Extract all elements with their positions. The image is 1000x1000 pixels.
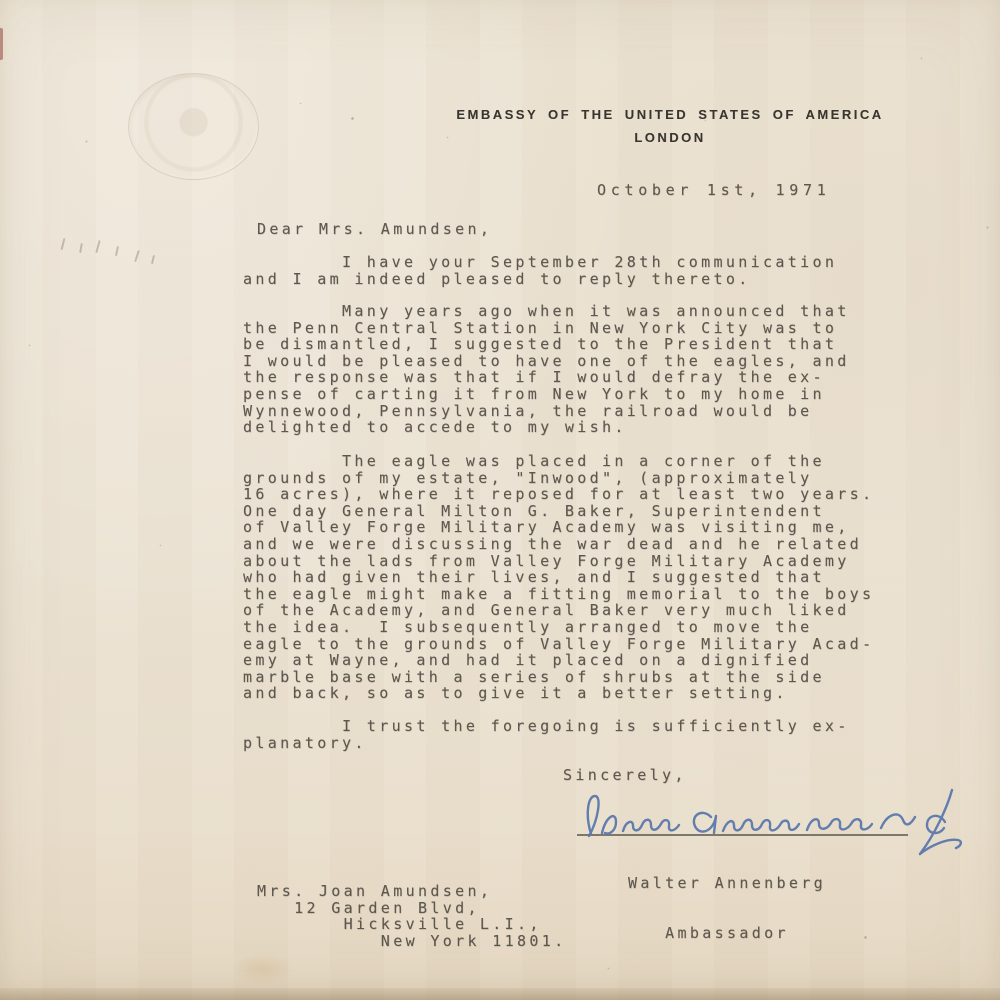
paragraph-3: The eagle was placed in a corner of the … (243, 453, 874, 702)
scan-edge-mark (0, 28, 3, 60)
salutation: Dear Mrs. Amundsen, (257, 221, 492, 238)
paper-specks (0, 0, 1, 1)
paper-stain (232, 953, 294, 985)
handwritten-signature (575, 784, 975, 866)
letterhead-line1: EMBASSY OF THE UNITED STATES OF AMERICA (430, 104, 910, 127)
letterhead-line2: LONDON (430, 127, 910, 150)
signer-title: Ambassador (577, 925, 877, 942)
recipient-address: Mrs. Joan Amundsen, 12 Garden Blvd, Hick… (257, 883, 567, 949)
paragraph-4: I trust the foregoing is sufficiently ex… (243, 718, 850, 751)
letter-page: EMBASSY OF THE UNITED STATES OF AMERICA … (0, 0, 1000, 1000)
embossed-seal-icon (128, 73, 259, 180)
date-line: October 1st, 1971 (597, 182, 830, 199)
scan-edge-bottom (0, 988, 1000, 1000)
paragraph-1: I have your September 28th communication… (243, 254, 837, 287)
letterhead: EMBASSY OF THE UNITED STATES OF AMERICA … (430, 104, 910, 149)
closing-line: Sincerely, (563, 767, 687, 784)
typed-signer-name: Walter Annenberg (577, 875, 877, 892)
paragraph-2: Many years ago when it was announced tha… (243, 303, 850, 436)
